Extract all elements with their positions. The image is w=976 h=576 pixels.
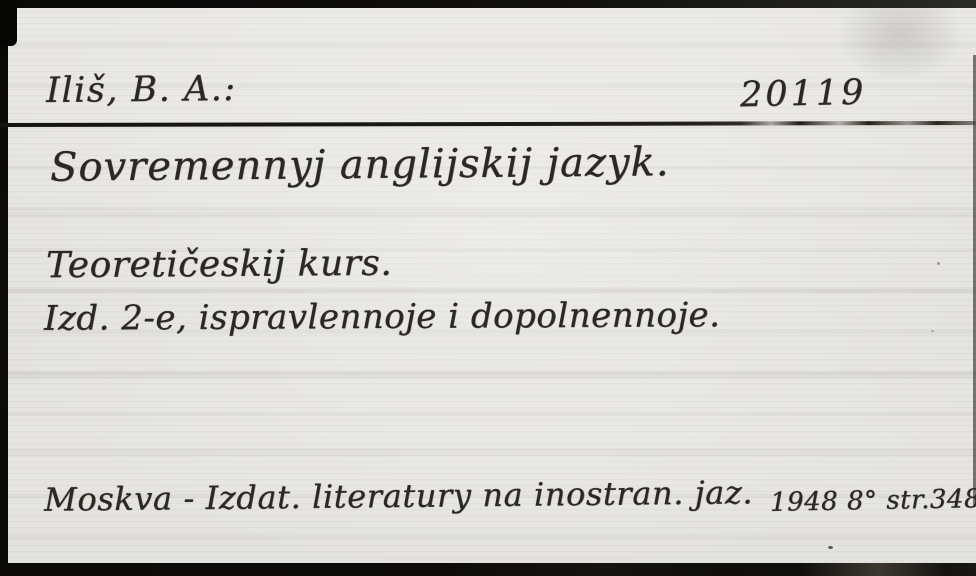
author-heading: Iliš, B. A.: bbox=[46, 69, 237, 111]
paper-wear-band bbox=[0, 448, 976, 453]
paper-wear-band bbox=[0, 288, 976, 293]
imprint-line: Moskva - Izdat. literatury na inostran. … bbox=[44, 473, 753, 518]
ink-speck bbox=[937, 262, 940, 265]
paper-wear-band bbox=[0, 212, 976, 218]
subtitle-line: Teoretičeskij kurs. bbox=[46, 243, 392, 286]
call-number: 20119 bbox=[740, 73, 867, 116]
scanned-card: Iliš, B. A.: 20119 Sovremennyj anglijski… bbox=[0, 0, 976, 576]
paper-wear-band bbox=[0, 372, 976, 379]
ink-speck bbox=[828, 546, 833, 549]
scan-edge-top bbox=[0, 0, 976, 8]
title-line: Sovremennyj anglijskij jazyk. bbox=[50, 139, 670, 190]
scan-edge-left bbox=[0, 0, 8, 576]
scan-edge-bottom bbox=[0, 563, 976, 576]
scan-corner-mark bbox=[0, 0, 17, 46]
ink-speck bbox=[931, 330, 934, 332]
scan-smudge bbox=[835, 0, 965, 82]
edition-line: Izd. 2-e, ispravlennoje i dopolnennoje. bbox=[44, 295, 721, 339]
collation-line: 1948 8° str.348 bbox=[770, 484, 976, 518]
